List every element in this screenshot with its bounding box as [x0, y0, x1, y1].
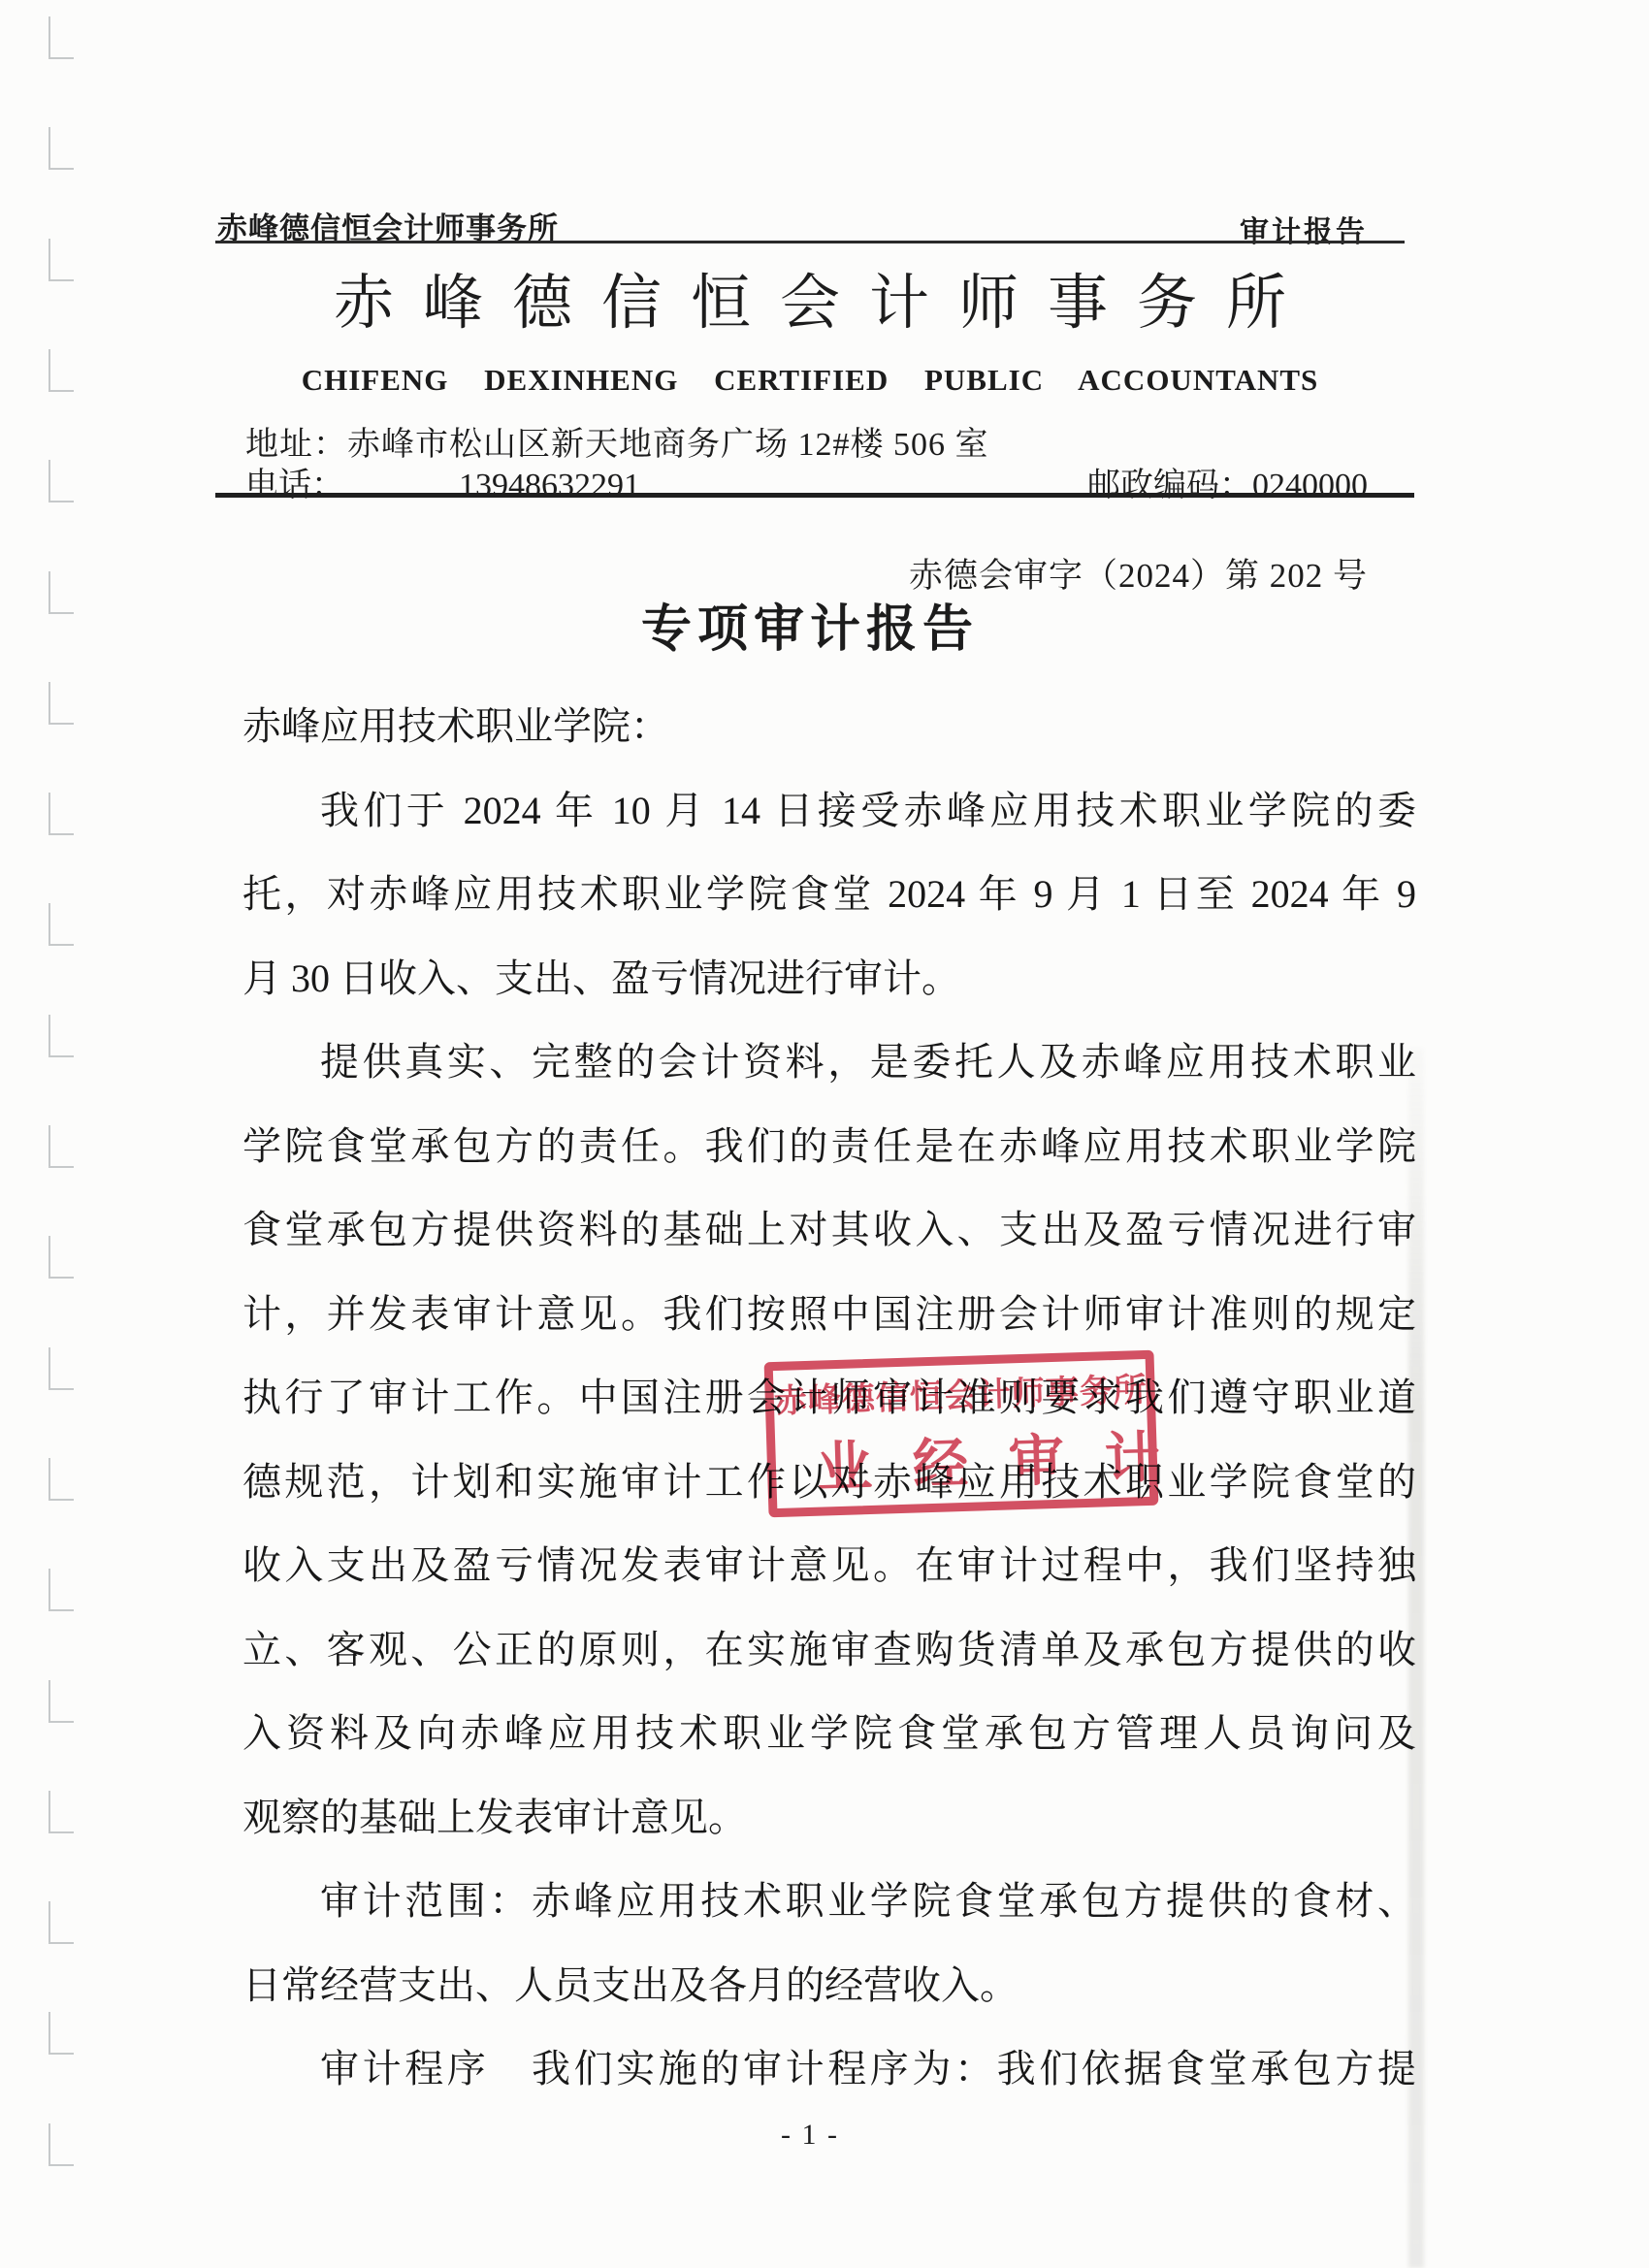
phone-label: 电话： — [245, 468, 344, 503]
body-line: 审计程序 我们实施的审计程序为：我们依据食堂承包方提 — [242, 2027, 1416, 2112]
body-line: 审计范围：赤峰应用技术职业学院食堂承包方提供的食材、 — [242, 1860, 1416, 1944]
binding-mark — [48, 1236, 74, 1279]
body-line: 入资料及向赤峰应用技术职业学院食堂承包方管理人员询问及 — [242, 1692, 1416, 1776]
letterhead-company-name-cn: 赤峰德信恒会计师事务所 — [215, 254, 1405, 340]
binding-mark — [48, 571, 74, 614]
page-number: - 1 - — [215, 2119, 1405, 2152]
binding-mark — [48, 1791, 74, 1833]
binding-mark — [48, 16, 74, 59]
binding-mark — [48, 1680, 74, 1723]
binding-mark — [48, 682, 74, 725]
phone-value: 13948632291 — [459, 468, 640, 503]
binding-mark — [48, 2012, 74, 2055]
binding-mark — [48, 903, 74, 946]
stamp-audited-text: 业经审计 — [775, 1413, 1149, 1505]
body-line: 赤峰应用技术职业学院： — [242, 685, 1416, 769]
body-line: 日常经营支出、人员支出及各月的经营收入。 — [242, 1944, 1416, 2028]
body-line: 托，对赤峰应用技术职业学院食堂 2024 年 9 月 1 日至 2024 年 9 — [242, 853, 1416, 937]
binding-mark — [48, 2123, 74, 2166]
letterhead-phone-row: 邮政编码：0240000 电话：13948632291 — [245, 458, 1368, 505]
binding-mark — [48, 1901, 74, 1944]
header-doc-type: 审计报告 — [1240, 208, 1368, 250]
binding-mark — [48, 1347, 74, 1390]
stamp-firm-name: 赤峰德信恒会计师事务所 — [773, 1363, 1147, 1422]
binding-mark — [48, 1015, 74, 1057]
binding-mark — [48, 460, 74, 502]
postcode-wrap: 邮政编码：0240000 — [1087, 458, 1368, 505]
body-line: 观察的基础上发表审计意见。 — [242, 1776, 1416, 1861]
binding-mark — [48, 1125, 74, 1168]
binding-mark — [48, 1458, 74, 1501]
body-line: 食堂承包方提供资料的基础上对其收入、支出及盈亏情况进行审 — [242, 1188, 1416, 1273]
body-line: 立、客观、公正的原则，在实施审查购货清单及承包方提供的收 — [242, 1608, 1416, 1693]
binding-mark — [48, 349, 74, 392]
body-line: 月 30 日收入、支出、盈亏情况进行审计。 — [242, 937, 1416, 1021]
postcode-value: 0240000 — [1252, 468, 1368, 503]
body-line: 收入支出及盈亏情况发表审计意见。在审计过程中，我们坚持独 — [242, 1524, 1416, 1608]
postcode-label: 邮政编码： — [1087, 468, 1252, 503]
red-audit-stamp: 赤峰德信恒会计师事务所 业经审计 — [764, 1350, 1159, 1518]
body-line: 计，并发表审计意见。我们按照中国注册会计师审计准则的规定 — [242, 1273, 1416, 1357]
binding-mark — [48, 127, 74, 170]
report-title: 专项审计报告 — [215, 588, 1405, 661]
binding-mark — [48, 1569, 74, 1611]
body-line: 提供真实、完整的会计资料，是委托人及赤峰应用技术职业 — [242, 1021, 1416, 1105]
body-line: 学院食堂承包方的责任。我们的责任是在赤峰应用技术职业学院 — [242, 1105, 1416, 1189]
letterhead-rule — [215, 493, 1414, 498]
letterhead-company-name-en: CHIFENG DEXINHENG CERTIFIED PUBLIC ACCOU… — [215, 363, 1405, 398]
header-rule — [215, 241, 1405, 243]
body-line: 我们于 2024 年 10 月 14 日接受赤峰应用技术职业学院的委 — [242, 769, 1416, 854]
binding-mark — [48, 793, 74, 835]
scanned-audit-report-page: 赤峰德信恒会计师事务所 审计报告 赤峰德信恒会计师事务所 CHIFENG DEX… — [0, 0, 1649, 2268]
binding-mark — [48, 239, 74, 281]
